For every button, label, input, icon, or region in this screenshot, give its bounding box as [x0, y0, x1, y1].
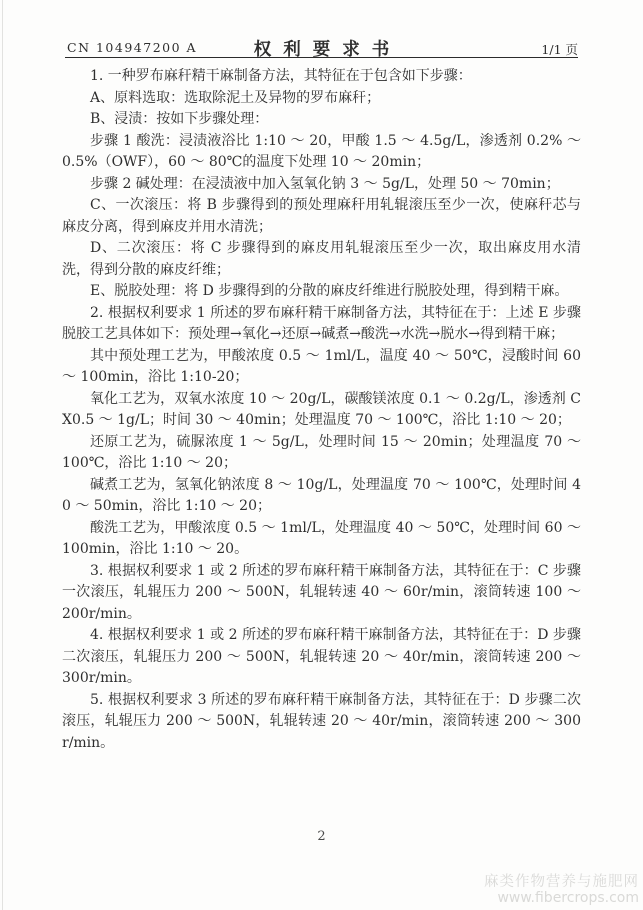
claim-paragraph: 步骤 1 酸洗：浸渍液浴比 1:10 ～ 20，甲酸 1.5 ～ 4.5g/L，… — [62, 131, 581, 174]
claim-paragraph: 2. 根据权利要求 1 所述的罗布麻秆精干麻制备方法，其特征在于：上述 E 步骤… — [62, 303, 581, 346]
patent-publication-number: CN 104947200 A — [67, 40, 197, 55]
watermark-site-url: www.fibercrops.com — [484, 890, 639, 906]
claim-paragraph: 1. 一种罗布麻秆精干麻制备方法，其特征在于包含如下步骤： — [62, 66, 581, 88]
page-header: CN 104947200 A 权利要求书 1/1 页 — [65, 36, 578, 58]
claim-paragraph: E、脱胶处理：将 D 步骤得到的分散的麻皮纤维进行脱胶处理，得到精干麻。 — [62, 281, 581, 303]
claim-paragraph: 5. 根据权利要求 3 所述的罗布麻秆精干麻制备方法，其特征在于：D 步骤二次滚… — [62, 690, 581, 755]
page-number: 2 — [0, 829, 643, 844]
claims-body: 1. 一种罗布麻秆精干麻制备方法，其特征在于包含如下步骤： A、原料选取：选取除… — [62, 66, 581, 754]
claim-paragraph: 碱煮工艺为，氢氧化钠浓度 8 ～ 10g/L，处理温度 70 ～ 100℃，处理… — [62, 475, 581, 518]
watermark-site-name: 麻类作物营养与施肥网 — [484, 874, 639, 890]
claim-paragraph: C、一次滚压：将 B 步骤得到的预处理麻秆用轧辊滚压至少一次，使麻秆芯与麻皮分离… — [62, 195, 581, 238]
sheet-indicator: 1/1 页 — [541, 40, 578, 58]
claim-paragraph: 氧化工艺为，双氧水浓度 10 ～ 20g/L，碳酸镁浓度 0.1 ～ 0.2g/… — [62, 389, 581, 432]
claim-paragraph: 酸洗工艺为，甲酸浓度 0.5 ～ 1ml/L，处理温度 40 ～ 50℃，处理时… — [62, 518, 581, 561]
watermark: 麻类作物营养与施肥网 www.fibercrops.com — [484, 874, 639, 906]
claim-paragraph: D、二次滚压：将 C 步骤得到的麻皮用轧辊滚压至少一次，取出麻皮用水清洗，得到分… — [62, 238, 581, 281]
claim-paragraph: A、原料选取：选取除泥土及异物的罗布麻秆； — [62, 88, 581, 110]
header-rule — [65, 57, 578, 58]
patent-claims-page: CN 104947200 A 权利要求书 1/1 页 1. 一种罗布麻秆精干麻制… — [0, 0, 643, 910]
claim-paragraph: 3. 根据权利要求 1 或 2 所述的罗布麻秆精干麻制备方法，其特征在于：C 步… — [62, 561, 581, 626]
claim-paragraph: 其中预处理工艺为，甲酸浓度 0.5 ～ 1ml/L，温度 40 ～ 50℃，浸酸… — [62, 346, 581, 389]
claim-paragraph: 4. 根据权利要求 1 或 2 所述的罗布麻秆精干麻制备方法，其特征在于：D 步… — [62, 625, 581, 690]
scan-edge-artifact — [2, 0, 3, 910]
claim-paragraph: 步骤 2 碱处理：在浸渍液中加入氢氧化钠 3 ～ 5g/L，处理 50 ～ 70… — [62, 174, 581, 196]
claim-paragraph: B、浸渍：按如下步骤处理： — [62, 109, 581, 131]
claim-paragraph: 还原工艺为，硫脲浓度 1 ～ 5g/L，处理时间 15 ～ 20min；处理温度… — [62, 432, 581, 475]
